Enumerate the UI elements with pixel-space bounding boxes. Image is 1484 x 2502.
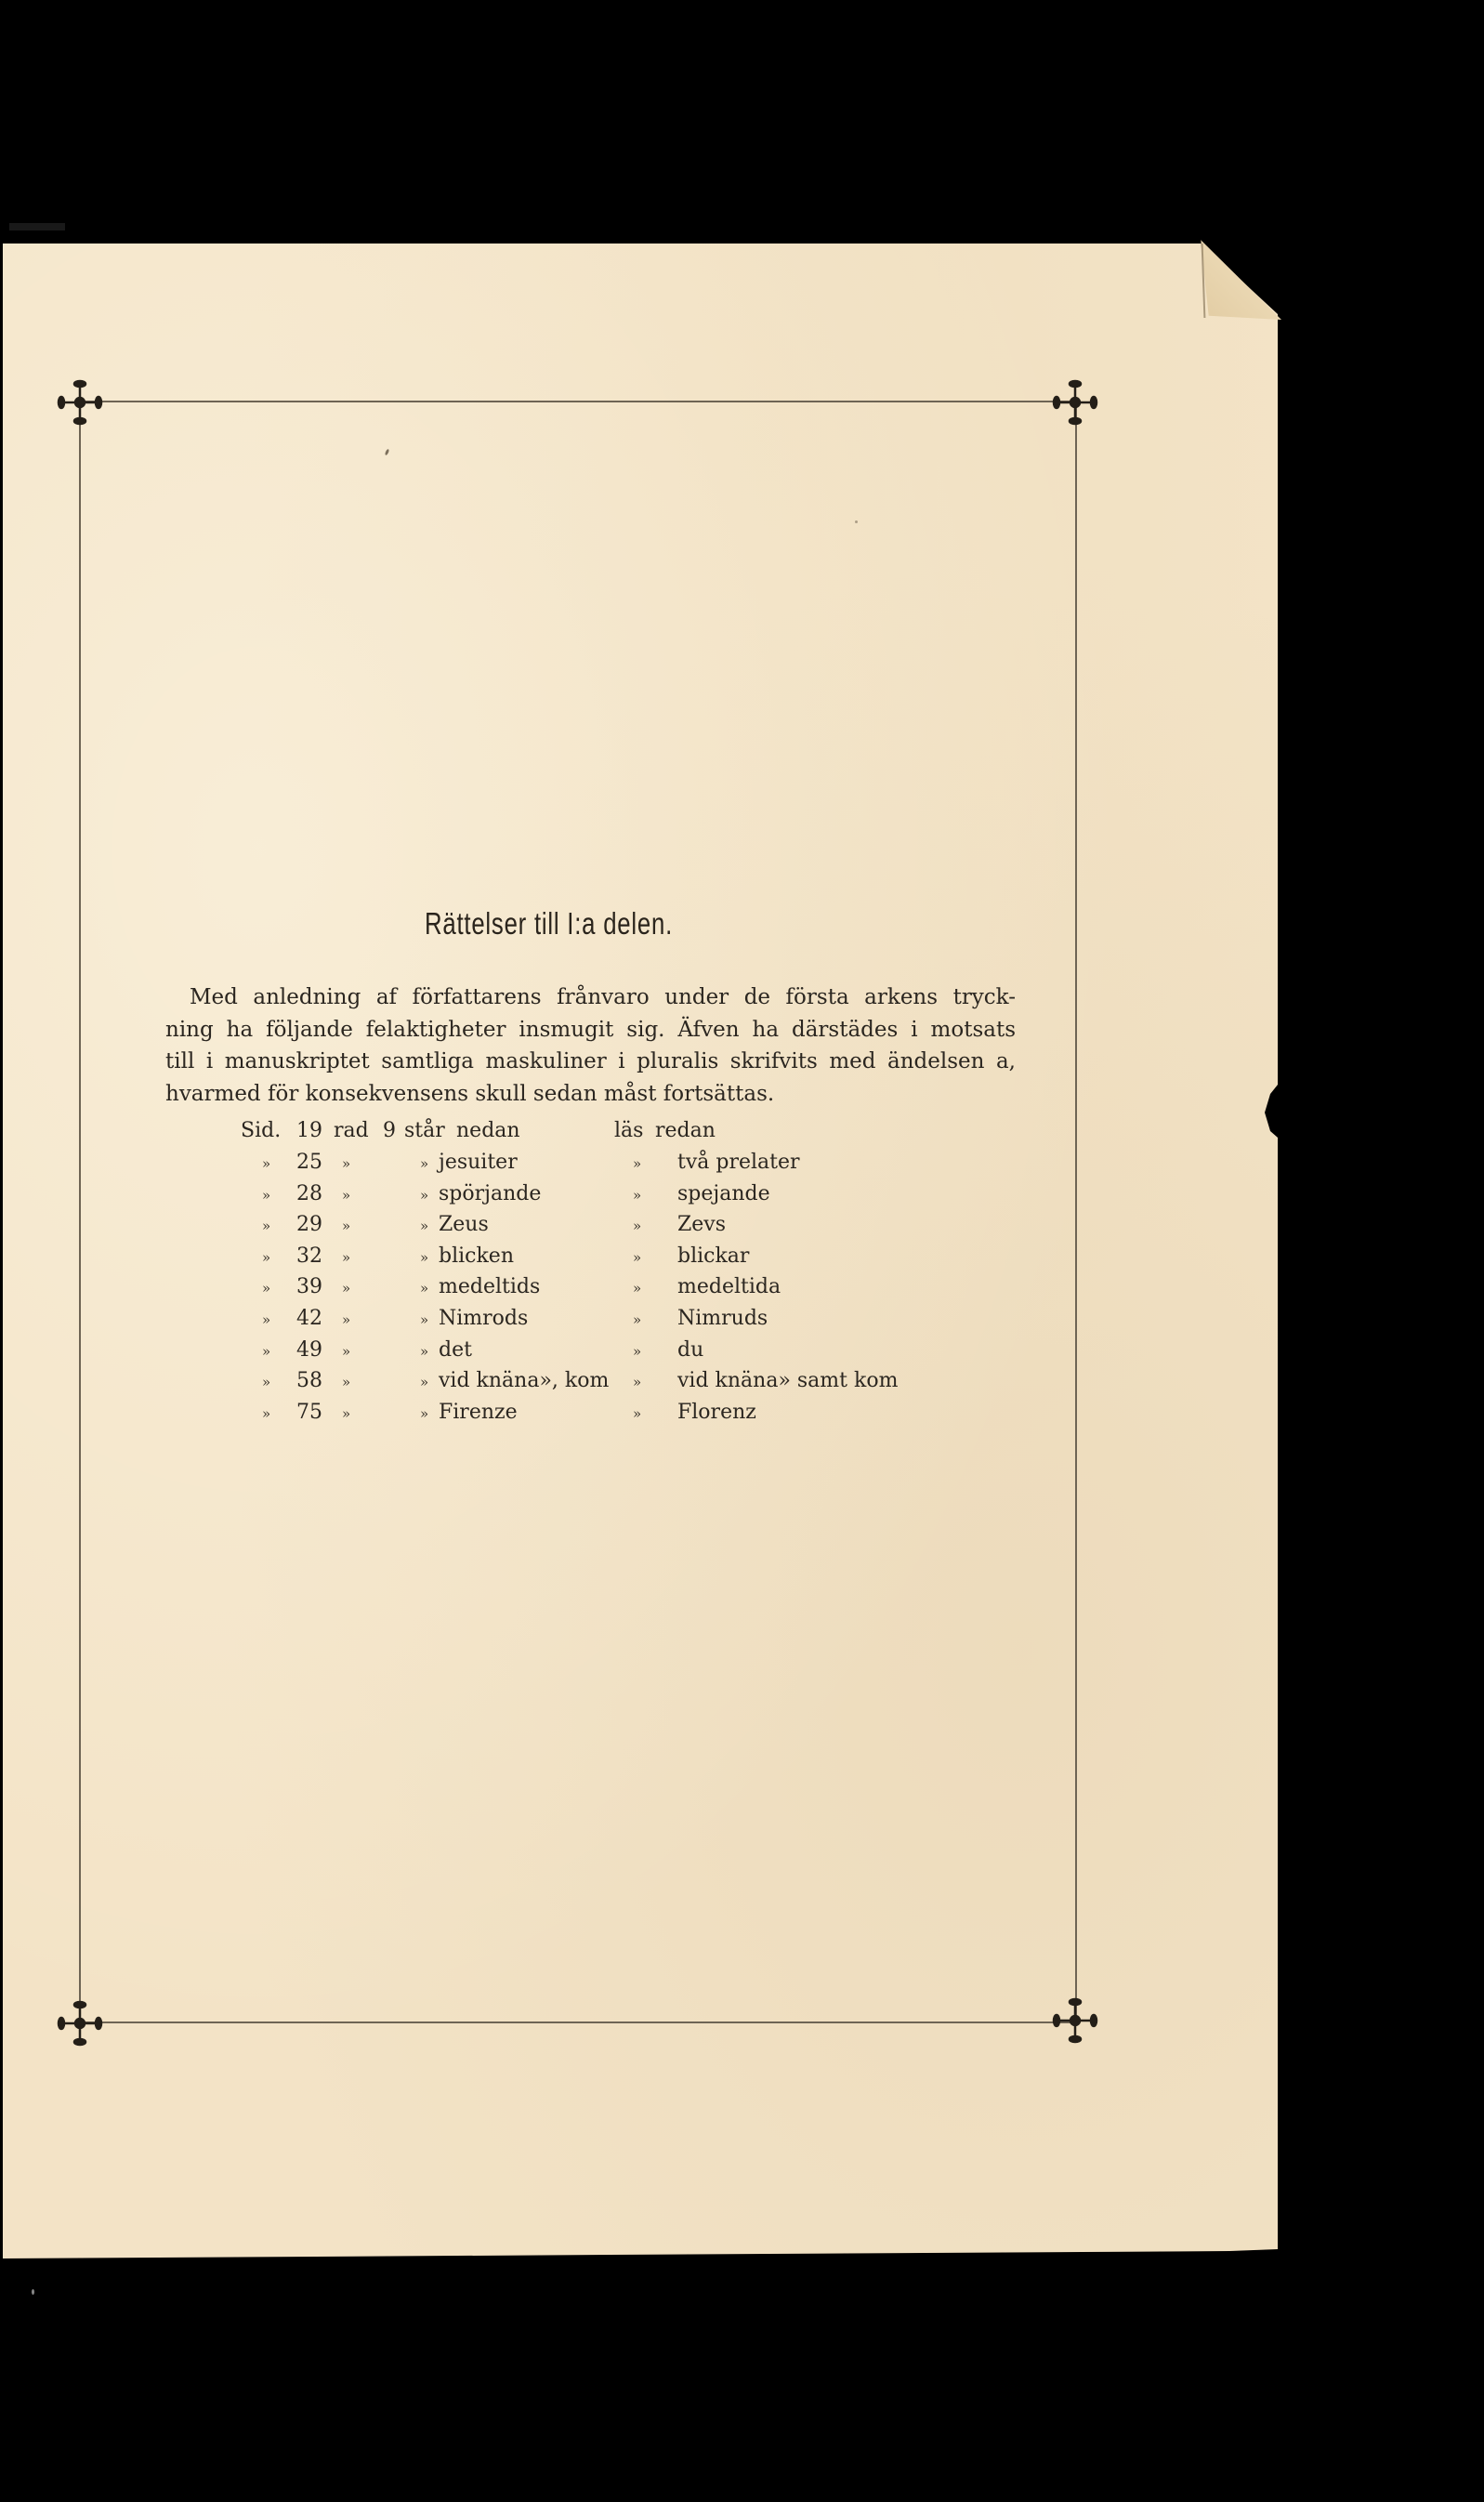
ditto-mark: » bbox=[420, 1187, 428, 1204]
paper-mark bbox=[855, 520, 858, 523]
ditto-mark: » bbox=[262, 1155, 270, 1172]
wrong-text: jesuiter bbox=[439, 1151, 518, 1174]
ditto-mark: » bbox=[420, 1311, 428, 1328]
ditto-mark: » bbox=[633, 1374, 641, 1390]
ditto-mark: » bbox=[633, 1218, 641, 1234]
correct-text: spejande bbox=[677, 1182, 770, 1205]
ditto-mark: » bbox=[342, 1405, 350, 1422]
ditto-mark: » bbox=[262, 1374, 270, 1390]
corner-cross-ornament-icon bbox=[52, 375, 108, 430]
correct-text: redan bbox=[655, 1119, 716, 1142]
correct-text: vid knäna» samt kom bbox=[677, 1369, 898, 1392]
ditto-mark: » bbox=[262, 1311, 270, 1328]
corner-cross-ornament-icon bbox=[52, 1995, 108, 2051]
wrong-text: det bbox=[439, 1338, 472, 1362]
ditto-mark: » bbox=[420, 1374, 428, 1390]
ditto-mark: » bbox=[420, 1343, 428, 1360]
ditto-mark: » bbox=[633, 1155, 641, 1172]
correct-text: två prelater bbox=[677, 1151, 800, 1174]
las-label: läs bbox=[614, 1119, 643, 1142]
page-number: 39 bbox=[296, 1275, 322, 1298]
ditto-mark: » bbox=[262, 1343, 270, 1360]
wrong-text: medeltids bbox=[439, 1275, 540, 1298]
ditto-mark: » bbox=[262, 1249, 270, 1266]
corner-cross-ornament-icon bbox=[1047, 1993, 1103, 2048]
page-number: 29 bbox=[296, 1213, 322, 1236]
page-number: 32 bbox=[296, 1244, 322, 1268]
ditto-mark: » bbox=[633, 1280, 641, 1297]
wrong-text: spörjande bbox=[439, 1182, 541, 1205]
correct-text: Zevs bbox=[677, 1213, 726, 1236]
ditto-mark: » bbox=[420, 1249, 428, 1266]
wrong-text: nedan bbox=[456, 1119, 520, 1142]
line-number: 9 bbox=[383, 1119, 396, 1142]
ditto-mark: » bbox=[342, 1155, 350, 1172]
wrong-text: Nimrods bbox=[439, 1307, 528, 1330]
ditto-mark: » bbox=[342, 1343, 350, 1360]
page-number: 42 bbox=[296, 1307, 322, 1330]
ditto-mark: » bbox=[633, 1343, 641, 1360]
page-number: 19 bbox=[296, 1119, 322, 1142]
ditto-mark: » bbox=[262, 1218, 270, 1234]
frame-right-rule bbox=[1075, 401, 1077, 2022]
page-number: 25 bbox=[296, 1151, 322, 1174]
ditto-mark: » bbox=[342, 1374, 350, 1390]
ditto-mark: » bbox=[420, 1280, 428, 1297]
ditto-mark: » bbox=[342, 1187, 350, 1204]
intro-paragraph: Med anledning af författarens frånvaro u… bbox=[165, 981, 1016, 1110]
ditto-mark: » bbox=[633, 1311, 641, 1328]
correct-text: du bbox=[677, 1338, 703, 1362]
ditto-mark: » bbox=[633, 1405, 641, 1422]
ditto-mark: » bbox=[262, 1187, 270, 1204]
correct-text: Nimruds bbox=[677, 1307, 768, 1330]
ditto-mark: » bbox=[420, 1405, 428, 1422]
scan-mark bbox=[32, 2289, 34, 2295]
correct-text: medeltida bbox=[677, 1275, 781, 1298]
page-number: 28 bbox=[296, 1182, 322, 1205]
sid-label: Sid. bbox=[241, 1119, 281, 1142]
ditto-mark: » bbox=[633, 1249, 641, 1266]
ditto-mark: » bbox=[342, 1249, 350, 1266]
frame-bottom-rule bbox=[79, 2021, 1077, 2023]
ditto-mark: » bbox=[342, 1311, 350, 1328]
wrong-text: Firenze bbox=[439, 1401, 518, 1424]
page-number: 58 bbox=[296, 1369, 322, 1392]
frame-top-rule bbox=[79, 401, 1077, 402]
ditto-mark: » bbox=[420, 1155, 428, 1172]
wrong-text: vid knäna», kom bbox=[439, 1369, 609, 1392]
scan-artifact bbox=[9, 223, 65, 230]
ditto-mark: » bbox=[342, 1280, 350, 1297]
rad-label: rad bbox=[334, 1119, 369, 1142]
frame-left-rule bbox=[79, 401, 81, 2022]
page-number: 49 bbox=[296, 1338, 322, 1362]
ditto-mark: » bbox=[420, 1218, 428, 1234]
page-title: Rättelser till I:a delen. bbox=[425, 906, 673, 942]
paragraph-line: hvarmed för konsekvensens skull sedan må… bbox=[165, 1078, 1016, 1111]
wrong-text: Zeus bbox=[439, 1213, 489, 1236]
correct-text: Florenz bbox=[677, 1401, 756, 1424]
paragraph-line: Med anledning af författarens frånvaro u… bbox=[165, 981, 1016, 1014]
ditto-mark: » bbox=[262, 1405, 270, 1422]
correct-text: blickar bbox=[677, 1244, 749, 1268]
paragraph-line: till i manuskriptet samtliga maskuliner … bbox=[165, 1046, 1016, 1078]
paragraph-line: ning ha följande felaktigheter insmugit … bbox=[165, 1014, 1016, 1047]
ditto-mark: » bbox=[633, 1187, 641, 1204]
ditto-mark: » bbox=[342, 1218, 350, 1234]
folded-corner bbox=[1201, 240, 1281, 320]
corner-cross-ornament-icon bbox=[1047, 375, 1103, 430]
page-number: 75 bbox=[296, 1401, 322, 1424]
ditto-mark: » bbox=[262, 1280, 270, 1297]
star-label: står bbox=[404, 1119, 445, 1142]
wrong-text: blicken bbox=[439, 1244, 514, 1268]
